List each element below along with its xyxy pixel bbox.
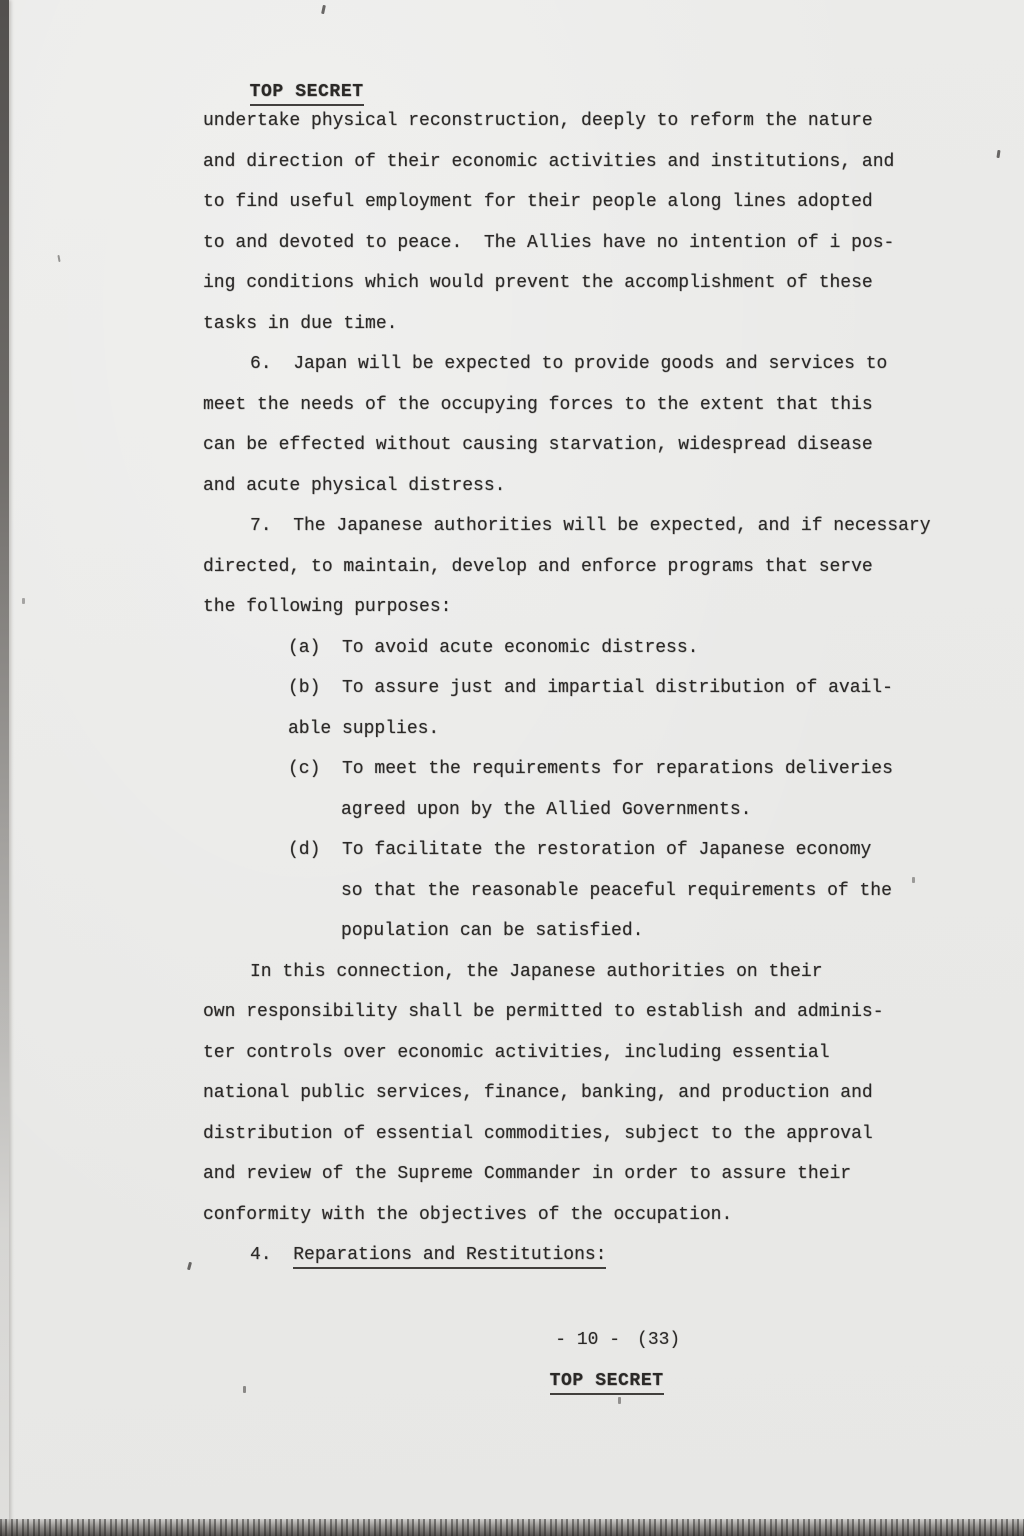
text-line: ing conditions which would prevent the a…	[203, 263, 943, 304]
classification-footer: TOP SECRET	[504, 1351, 664, 1411]
text-line: so that the reasonable peaceful requirem…	[203, 871, 943, 912]
text-line: ter controls over economic activities, i…	[203, 1033, 943, 1074]
scan-edge-bottom	[0, 1519, 1024, 1536]
text-line: agreed upon by the Allied Governments.	[203, 790, 943, 831]
text-line: tasks in due time.	[203, 304, 943, 345]
page-number-value: - 10 -	[555, 1330, 620, 1350]
text-line: (d) To facilitate the restoration of Jap…	[203, 830, 943, 871]
scan-artifact	[187, 1262, 192, 1271]
text-line: conformity with the objectives of the oc…	[203, 1195, 943, 1236]
text-line: the following purposes:	[203, 587, 943, 628]
text-line: own responsibility shall be permitted to…	[203, 992, 943, 1033]
scan-artifact	[22, 598, 25, 604]
text-line: (a) To avoid acute economic distress.	[203, 628, 943, 669]
text-line: distribution of essential commodities, s…	[203, 1114, 943, 1155]
text-line: and review of the Supreme Commander in o…	[203, 1154, 943, 1195]
text-line: national public services, finance, banki…	[203, 1073, 943, 1114]
text-line: In this connection, the Japanese authori…	[203, 952, 943, 993]
scanned-document-page: TOP SECRET undertake physical reconstruc…	[0, 0, 1024, 1536]
document-lines: undertake physical reconstruction, deepl…	[203, 101, 943, 1276]
text-line: to find useful employment for their peop…	[203, 182, 943, 223]
text-line: 6. Japan will be expected to provide goo…	[203, 344, 943, 385]
text-line: and direction of their economic activiti…	[203, 142, 943, 183]
scan-artifact	[57, 255, 60, 262]
text-line: able supplies.	[203, 709, 943, 750]
text-line: can be effected without causing starvati…	[203, 425, 943, 466]
text-line: meet the needs of the occupying forces t…	[203, 385, 943, 426]
text-line: population can be satisfied.	[203, 911, 943, 952]
text-line: undertake physical reconstruction, deepl…	[203, 101, 943, 142]
text-line: 4. Reparations and Restitutions:	[203, 1235, 943, 1276]
scan-artifact	[243, 1386, 246, 1393]
classification-footer-label: TOP SECRET	[550, 1371, 664, 1395]
text-line: to and devoted to peace. The Allies have…	[203, 223, 943, 264]
scan-artifact	[321, 5, 326, 14]
scan-edge-left	[0, 0, 9, 1536]
text-line: 7. The Japanese authorities will be expe…	[203, 506, 943, 547]
text-line: (c) To meet the requirements for reparat…	[203, 749, 943, 790]
page-reference: (33)	[637, 1330, 680, 1350]
text-line: directed, to maintain, develop and enfor…	[203, 547, 943, 588]
text-line: (b) To assure just and impartial distrib…	[203, 668, 943, 709]
scan-artifact	[996, 150, 1000, 158]
text-line: and acute physical distress.	[203, 466, 943, 507]
